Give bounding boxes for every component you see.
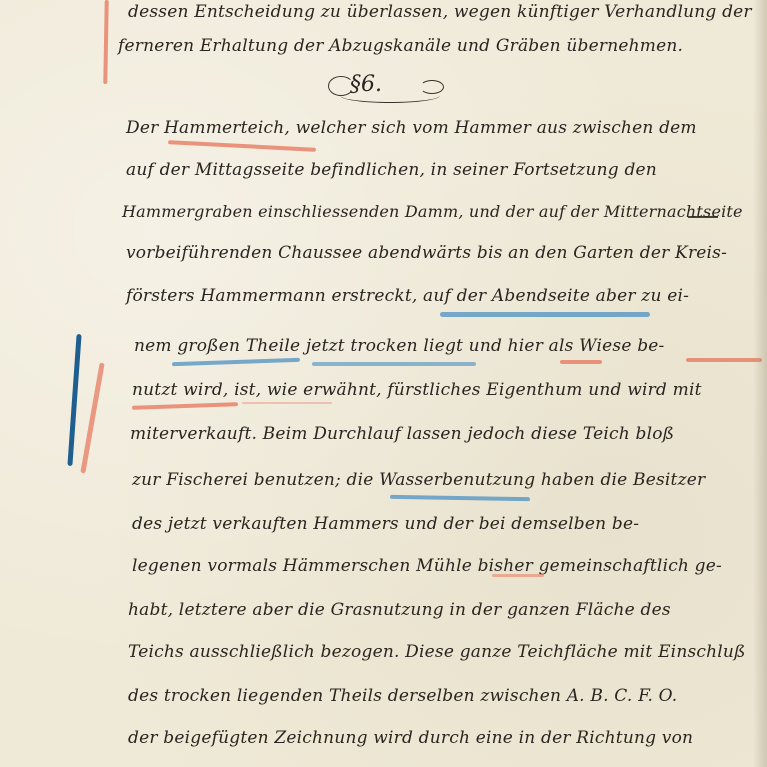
text-line-10: miterverkauft. Beim Durchlauf lassen jed… <box>130 424 674 444</box>
manuscript-page: dessen Entscheidung zu überlassen, wegen… <box>0 0 767 767</box>
text-line-16: des trocken liegenden Theils derselben z… <box>128 686 677 706</box>
margin-red-stroke-top <box>103 0 108 84</box>
blue-underline-grossen-theile <box>172 358 300 366</box>
text-line-7: försters Hammermann erstreckt, auf der A… <box>126 286 689 306</box>
text-line-3: Der Hammerteich, welcher sich vom Hammer… <box>126 118 697 138</box>
blue-underline-abendseite <box>440 312 650 317</box>
text-line-6: vorbeiführenden Chaussee abendwärts bis … <box>126 243 727 263</box>
text-line-14: habt, letztere aber die Grasnutzung in d… <box>128 600 671 620</box>
text-line-9: nutzt wird, ist, wie erwähnt, fürstliche… <box>132 380 702 400</box>
red-underline-nutzt-wird <box>132 402 238 410</box>
red-underline-wiese <box>686 358 762 362</box>
margin-blue-stroke <box>67 334 81 466</box>
margin-red-stroke <box>80 362 104 473</box>
heading-flourish-underline <box>340 88 440 103</box>
text-line-15: Teichs ausschließlich bezogen. Diese gan… <box>128 642 746 662</box>
text-line-2: ferneren Erhaltung der Abzugskanäle und … <box>118 36 683 56</box>
text-line-13: legenen vormals Hämmerschen Mühle bisher… <box>132 556 722 576</box>
blue-underline-wasserbenutzung <box>390 495 530 501</box>
page-edge-shadow <box>753 0 767 767</box>
text-line-12: des jetzt verkauften Hammers und der bei… <box>132 514 639 534</box>
red-underline-faint <box>242 402 332 404</box>
text-line-4: auf der Mittagsseite befindlichen, in se… <box>126 160 657 180</box>
red-underline-hier <box>560 360 602 364</box>
text-line-17: der beigefügten Zeichnung wird durch ein… <box>128 728 693 748</box>
text-line-5: Hammergraben einschliessenden Damm, und … <box>122 202 743 221</box>
blue-underline-jetzt-trocken <box>312 362 476 366</box>
text-line-11: zur Fischerei benutzen; die Wasserbenutz… <box>132 470 705 490</box>
text-line-8: nem großen Theile jetzt trocken liegt un… <box>134 336 664 356</box>
red-underline-hammerteich <box>168 140 316 152</box>
text-line-1: dessen Entscheidung zu überlassen, wegen… <box>128 2 752 22</box>
strikethrough-correction <box>688 216 718 218</box>
red-underline-bisher <box>492 574 544 577</box>
